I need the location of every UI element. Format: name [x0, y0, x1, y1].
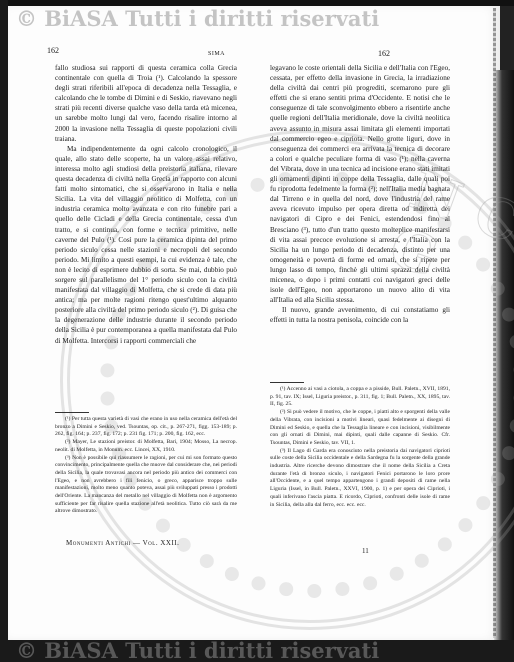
- page-number-left: 162: [47, 46, 59, 55]
- paragraph: fallo studiosa sui rapporti di questa ce…: [55, 63, 237, 144]
- page-edge-right: [494, 70, 514, 662]
- footnote: (³) Non è possibile qui riassumere le ra…: [55, 455, 237, 517]
- page-edge-shadow: [493, 8, 496, 638]
- paragraph: Ma indipendentemente da ogni calcolo cro…: [55, 144, 237, 346]
- page-number-right: 162: [378, 49, 390, 58]
- footnote-divider-left: [55, 412, 89, 413]
- right-text-column: legavano le coste orientali della Sicili…: [270, 63, 450, 325]
- footnotes-right: (¹) Accenno ai vasi a ciotola, a coppa e…: [270, 386, 450, 509]
- paragraph: legavano le coste orientali della Sicili…: [270, 63, 450, 305]
- footnote: (¹) Accenno ai vasi a ciotola, a coppa e…: [270, 386, 450, 409]
- footnote: (²) Si può vedere il motivo, che le copp…: [270, 409, 450, 448]
- signature-number: 11: [362, 547, 369, 555]
- paragraph: Il nuovo, grande avvenimento, di cui con…: [270, 305, 450, 325]
- footnote-divider-right: [270, 382, 304, 383]
- running-title: SIMA: [208, 51, 225, 57]
- page-edge-bottom: [0, 640, 514, 662]
- page-edge-left: [0, 0, 8, 662]
- page-edge-top: [0, 0, 514, 6]
- footnote: (¹) Per tutta questa varietà di vasi che…: [55, 416, 237, 439]
- footnote: (²) Mayer, Le stazioni preistor. di Molf…: [55, 439, 237, 454]
- volume-signature: Monumenti Antichi — Vol. XXII.: [66, 539, 179, 547]
- footnote: (³) Il Lago di Garda era conosciuto nell…: [270, 448, 450, 510]
- footnotes-left: (¹) Per tutta questa varietà di vasi che…: [55, 416, 237, 516]
- left-text-column: fallo studiosa sui rapporti di questa ce…: [55, 63, 237, 346]
